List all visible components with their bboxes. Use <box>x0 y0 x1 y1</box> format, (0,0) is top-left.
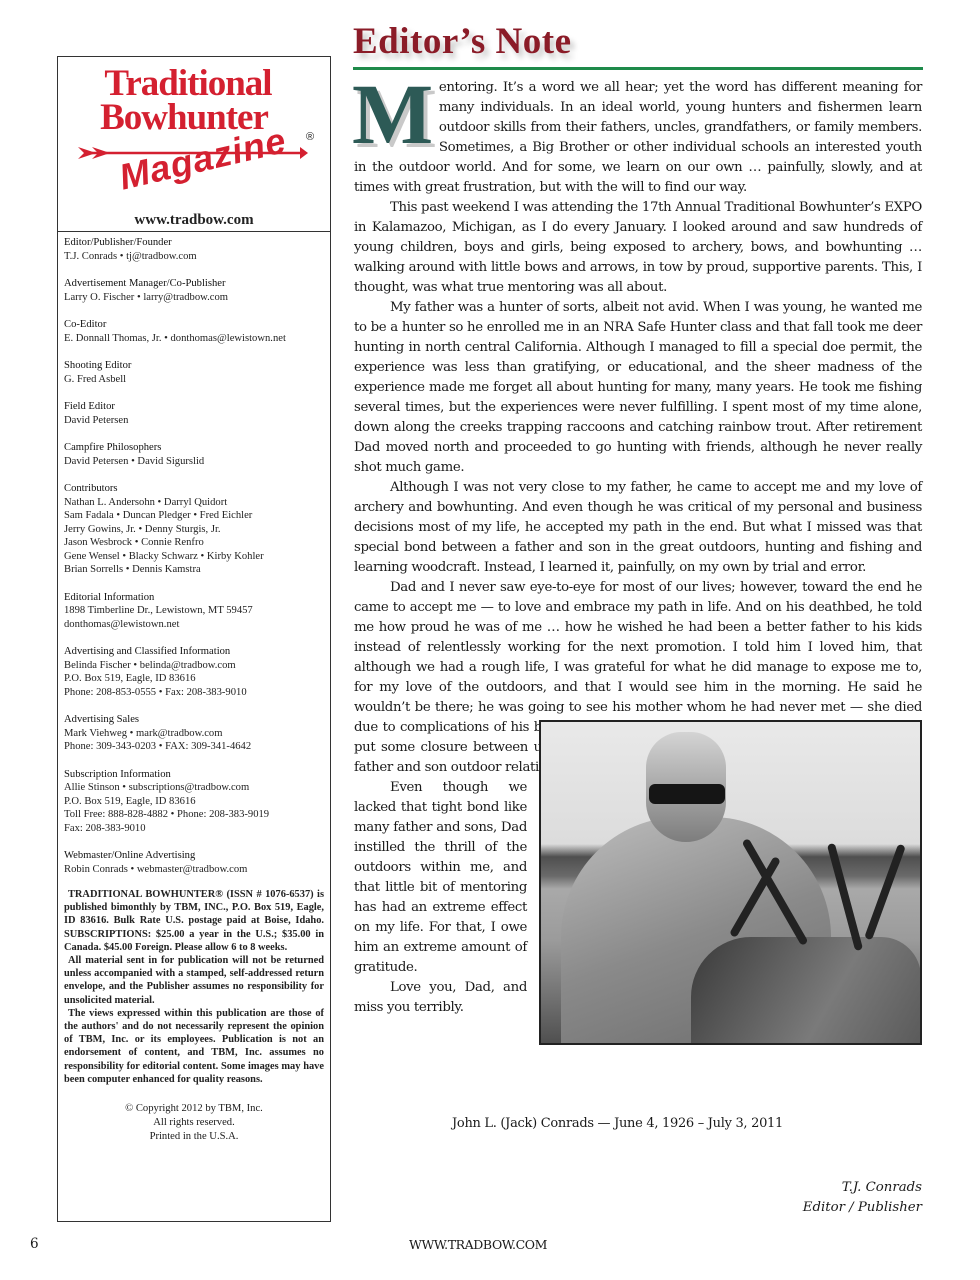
paragraph-2: This past weekend I was attending the 17… <box>354 198 922 298</box>
photo-antler <box>864 844 906 941</box>
staff-address: P.O. Box 519, Eagle, ID 83616 <box>64 795 324 809</box>
registered-mark: ® <box>306 131 314 143</box>
staff-name: Sam Fadala • Duncan Pledger • Fred Eichl… <box>64 509 324 523</box>
staff-block-editor: Editor/Publisher/Founder T.J. Conrads • … <box>64 236 324 263</box>
staff-name: Belinda Fischer • belinda@tradbow.com <box>64 659 324 673</box>
photo-sunglasses <box>649 784 725 804</box>
submission-disclaimer: All material sent in for publication wil… <box>64 954 324 1007</box>
staff-block-field-editor: Field Editor David Petersen <box>64 400 324 427</box>
staff-block-webmaster: Webmaster/Online Advertising Robin Conra… <box>64 849 324 876</box>
staff-block-advertising-sales: Advertising Sales Mark Viehweg • mark@tr… <box>64 713 324 754</box>
staff-role: Shooting Editor <box>64 359 324 373</box>
copyright-line: © Copyright 2012 by TBM, Inc. <box>64 1102 324 1116</box>
legal-notice: TRADITIONAL BOWHUNTER® (ISSN # 1076-6537… <box>64 888 324 1086</box>
staff-role: Co-Editor <box>64 318 324 332</box>
paragraph-4: Although I was not very close to my fath… <box>354 478 922 578</box>
photo-antler <box>827 843 863 951</box>
staff-role: Advertising Sales <box>64 713 324 727</box>
staff-name: Jason Wesbrock • Connie Renfro <box>64 536 324 550</box>
staff-name: Mark Viehweg • mark@tradbow.com <box>64 727 324 741</box>
memorial-photo <box>539 720 922 1045</box>
paragraph-text: entoring. It’s a word we all hear; yet t… <box>354 80 922 195</box>
staff-role: Webmaster/Online Advertising <box>64 849 324 863</box>
staff-role: Editor/Publisher/Founder <box>64 236 324 250</box>
staff-block-shooting-editor: Shooting Editor G. Fred Asbell <box>64 359 324 386</box>
staff-name: Brian Sorrells • Dennis Kamstra <box>64 563 324 577</box>
staff-block-advertising-classified: Advertising and Classified Information B… <box>64 645 324 699</box>
staff-name: G. Fred Asbell <box>64 373 324 387</box>
staff-email: donthomas@lewistown.net <box>64 618 324 632</box>
article-body: Mentoring. It’s a word we all hear; yet … <box>354 78 922 1051</box>
staff-name: Gene Wensel • Blacky Schwarz • Kirby Koh… <box>64 550 324 564</box>
page-number: 6 <box>30 1236 39 1252</box>
staff-role: Campfire Philosophers <box>64 441 324 455</box>
staff-block-subscription: Subscription Information Allie Stinson •… <box>64 768 324 836</box>
staff-phone: Toll Free: 888-828-4882 • Phone: 208-383… <box>64 808 324 822</box>
photo-deer <box>691 937 921 1045</box>
copyright-notice: © Copyright 2012 by TBM, Inc. All rights… <box>64 1102 324 1144</box>
photo-caption: John L. (Jack) Conrads — June 4, 1926 – … <box>452 1116 783 1131</box>
views-disclaimer: The views expressed within this publicat… <box>64 1007 324 1086</box>
staff-address: P.O. Box 519, Eagle, ID 83616 <box>64 672 324 686</box>
page-title: Editor’s Note <box>353 20 572 63</box>
staff-name: T.J. Conrads • tj@tradbow.com <box>64 250 324 264</box>
publication-info: TRADITIONAL BOWHUNTER® (ISSN # 1076-6537… <box>64 888 324 954</box>
staff-block-ad-manager: Advertisement Manager/Co-Publisher Larry… <box>64 277 324 304</box>
staff-role: Field Editor <box>64 400 324 414</box>
title-divider <box>353 67 923 70</box>
staff-block-campfire: Campfire Philosophers David Petersen • D… <box>64 441 324 468</box>
staff-fax: Fax: 208-383-9010 <box>64 822 324 836</box>
staff-phone: Phone: 208-853-0555 • Fax: 208-383-9010 <box>64 686 324 700</box>
staff-role: Advertising and Classified Information <box>64 645 324 659</box>
printed-line: Printed in the U.S.A. <box>64 1130 324 1144</box>
masthead-box: Traditional Bowhunter ® Magazine www.tra… <box>57 56 331 1222</box>
staff-role: Subscription Information <box>64 768 324 782</box>
photo-container <box>539 720 922 1045</box>
staff-name: Robin Conrads • webmaster@tradbow.com <box>64 863 324 877</box>
staff-address: 1898 Timberline Dr., Lewistown, MT 59457 <box>64 604 324 618</box>
footer-url[interactable]: WWW.TRADBOW.COM <box>409 1237 547 1252</box>
staff-name: Nathan L. Andersohn • Darryl Quidort <box>64 496 324 510</box>
logo-url[interactable]: www.tradbow.com <box>58 212 330 229</box>
staff-phone: Phone: 309-343-0203 • FAX: 309-341-4642 <box>64 740 324 754</box>
signature: T.J. Conrads Editor / Publisher <box>803 1178 922 1218</box>
author-name: T.J. Conrads <box>803 1178 922 1198</box>
magazine-logo: Traditional Bowhunter ® Magazine www.tra… <box>58 57 330 232</box>
paragraph-1: Mentoring. It’s a word we all hear; yet … <box>354 78 922 198</box>
staff-name: David Petersen <box>64 414 324 428</box>
staff-name: Larry O. Fischer • larry@tradbow.com <box>64 291 324 305</box>
staff-block-editorial-info: Editorial Information 1898 Timberline Dr… <box>64 591 324 632</box>
staff-role: Advertisement Manager/Co-Publisher <box>64 277 324 291</box>
staff-block-co-editor: Co-Editor E. Donnall Thomas, Jr. • donth… <box>64 318 324 345</box>
rights-line: All rights reserved. <box>64 1116 324 1130</box>
staff-block-contributors: Contributors Nathan L. Andersohn • Darry… <box>64 482 324 577</box>
staff-name: David Petersen • David Sigurslid <box>64 455 324 469</box>
staff-name: Allie Stinson • subscriptions@tradbow.co… <box>64 781 324 795</box>
staff-name: Jerry Gowins, Jr. • Denny Sturgis, Jr. <box>64 523 324 537</box>
staff-list: Editor/Publisher/Founder T.J. Conrads • … <box>58 232 330 1144</box>
drop-cap: M <box>352 82 433 142</box>
staff-role: Contributors <box>64 482 324 496</box>
staff-role: Editorial Information <box>64 591 324 605</box>
staff-name: E. Donnall Thomas, Jr. • donthomas@lewis… <box>64 332 324 346</box>
paragraph-3: My father was a hunter of sorts, albeit … <box>354 298 922 478</box>
author-title: Editor / Publisher <box>803 1198 922 1218</box>
